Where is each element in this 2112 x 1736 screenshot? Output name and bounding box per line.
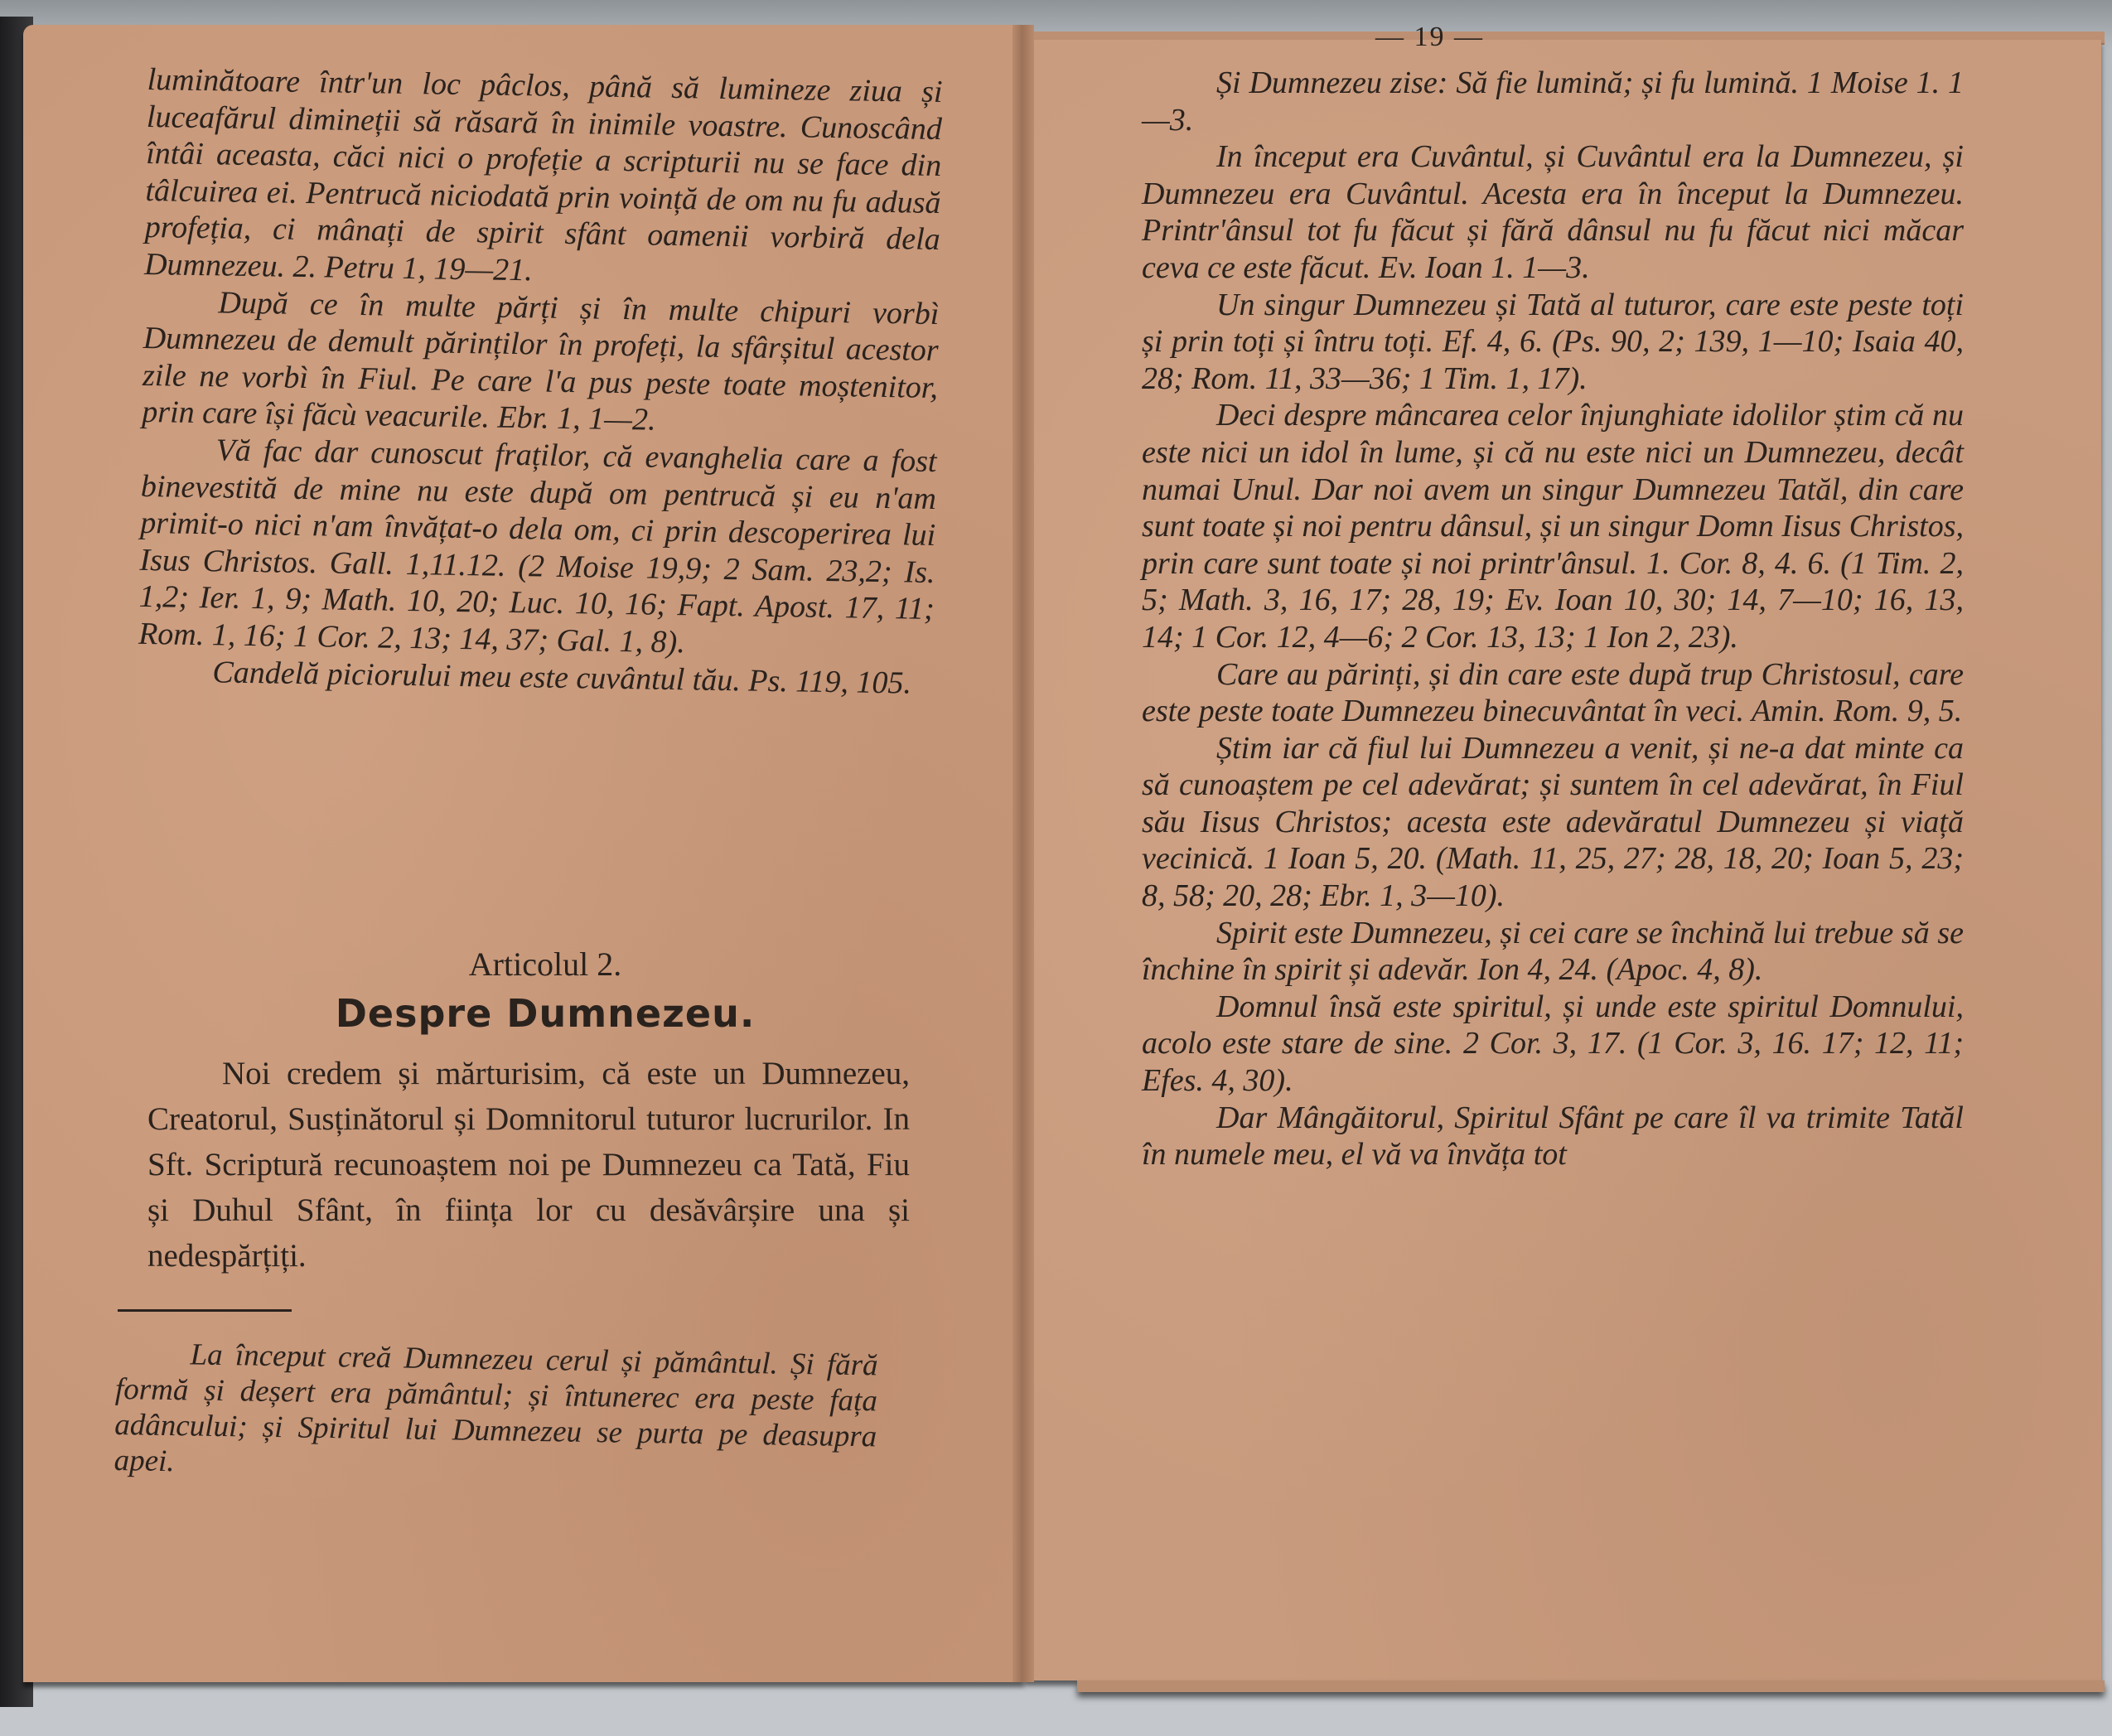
paragraph-text: Dar Mângăitorul, Spiritul Sfânt pe care …: [1142, 1100, 1964, 1173]
paragraph-text: Domnul însă este spiritul, și unde este …: [1142, 989, 1964, 1098]
paragraph-text: După ce în multe părți și în multe chipu…: [142, 285, 940, 438]
paragraph-text: Care au părinți, și din care este după t…: [1142, 657, 1964, 729]
page-number: — 19 —: [1375, 22, 1484, 53]
paragraph-text: Un singur Dumnezeu și Tată al tuturor, c…: [1142, 288, 1964, 396]
article-body: Noi credem și mărturisim, că este un Dum…: [147, 1051, 910, 1279]
paragraph: După ce în multe părți și în multe chipu…: [142, 283, 940, 443]
footnote-rule: [118, 1309, 292, 1312]
paragraph: Dar Mângăitorul, Spiritul Sfânt pe care …: [1142, 1100, 1964, 1173]
page-stack-edge: [1077, 1680, 2105, 1692]
paragraph-text: Spirit este Dumnezeu, și cei care se înc…: [1142, 916, 1964, 988]
book-gutter: [1013, 25, 1034, 1682]
paragraph: Știm iar că fiul lui Dumnezeu a venit, ș…: [1142, 730, 1964, 915]
right-page-text: Și Dumnezeu zise: Să fie lumină; și fu l…: [1142, 65, 1964, 1173]
paragraph-text: Deci despre mâncarea celor înjunghiate i…: [1142, 398, 1964, 655]
paragraph: Deci despre mâncarea celor înjunghiate i…: [1142, 397, 1964, 655]
paragraph: Și Dumnezeu zise: Să fie lumină; și fu l…: [1142, 65, 1964, 138]
paragraph: luminătoare într'un loc pâclos, până să …: [144, 61, 943, 296]
article-label: Articolul 2.: [147, 945, 943, 984]
paragraph-text: Și Dumnezeu zise: Să fie lumină; și fu l…: [1142, 65, 1964, 138]
paragraph-text: Știm iar că fiul lui Dumnezeu a venit, ș…: [1142, 731, 1964, 913]
paragraph: In început era Cuvântul, și Cuvântul era…: [1142, 138, 1964, 286]
paragraph: Vă fac dar cunoscut fraților, că evanghe…: [138, 431, 937, 665]
paragraph-text: Vă fac dar cunoscut fraților, că evanghe…: [138, 433, 937, 660]
paragraph: Un singur Dumnezeu și Tată al tuturor, c…: [1142, 287, 1964, 398]
paragraph: Domnul însă este spiritul, și unde este …: [1142, 989, 1964, 1100]
footnote-text: La început creă Dumnezeu cerul și pământ…: [114, 1337, 878, 1478]
article-body-text: Noi credem și mărturisim, că este un Dum…: [147, 1056, 910, 1274]
paragraph: Care au părinți, și din care este după t…: [1142, 656, 1964, 730]
paragraph: Spirit este Dumnezeu, și cei care se înc…: [1142, 915, 1964, 989]
footnote: La început creă Dumnezeu cerul și pământ…: [114, 1336, 878, 1490]
paragraph-text: In început era Cuvântul, și Cuvântul era…: [1142, 139, 1964, 285]
article-title: Despre Dumnezeu.: [147, 991, 943, 1036]
left-page-text: luminătoare într'un loc pâclos, până să …: [138, 61, 943, 702]
